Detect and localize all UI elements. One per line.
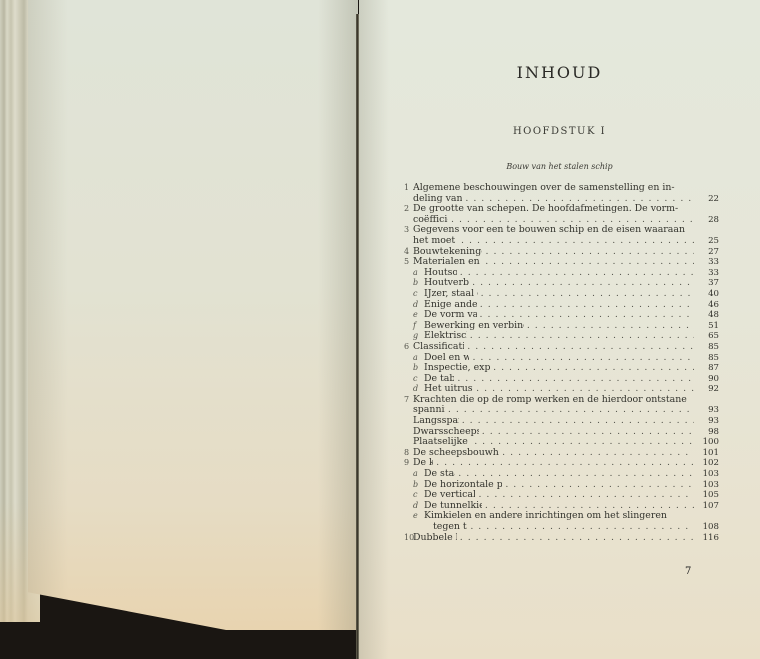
toc-entry-page: 33 xyxy=(697,268,719,279)
toc-entry-title: De tabellen xyxy=(424,374,454,385)
toc-entry-title: tegen te gaan xyxy=(433,522,467,533)
toc-entry-letter: b xyxy=(413,363,424,374)
toc-entry: gElektrisch lassen65 xyxy=(404,331,719,342)
toc-entry-letter: b xyxy=(413,480,424,491)
toc-entry-letter: e xyxy=(413,310,424,321)
dot-leader xyxy=(485,501,694,512)
toc-entry: bInspectie, expertise of survey87 xyxy=(404,363,719,374)
dot-leader xyxy=(465,194,694,205)
toc-entry-page: 105 xyxy=(697,490,719,501)
dot-leader xyxy=(527,321,694,332)
dot-leader xyxy=(472,353,694,364)
toc-entry-page: 25 xyxy=(697,236,719,247)
toc-entry-title: De vorm van het staal xyxy=(424,310,477,321)
toc-entry: aDoel en werkwijze85 xyxy=(404,353,719,364)
toc-entry-title: De horizontale plaatkiel of platte kiel xyxy=(424,480,502,491)
toc-entry-title: deling van de romp xyxy=(413,194,462,205)
toc-entry-page: 92 xyxy=(697,384,719,395)
dot-leader xyxy=(474,437,694,448)
toc-entry-number: 2 xyxy=(404,204,413,215)
dot-leader xyxy=(458,469,694,480)
dot-leader xyxy=(485,247,694,258)
toc-entry-title: Bewerking en verbinding van de stalen ve… xyxy=(424,321,524,332)
toc-entry-letter: d xyxy=(413,501,424,512)
toc-entry-title: De kiel xyxy=(413,458,433,469)
toc-entry-number: 4 xyxy=(404,247,413,258)
toc-entry: dEnige andere metalen46 xyxy=(404,300,719,311)
toc-entry-title: Algemene beschouwingen over de samenstel… xyxy=(413,183,675,194)
toc-entry-title: coëfficiënten xyxy=(413,215,448,226)
toc-entry-title: De grootte van schepen. De hoofdafmeting… xyxy=(413,204,678,215)
toc-entry-title: Krachten die op de romp werken en de hie… xyxy=(413,395,687,406)
toc-entry: 8De scheepsbouwhelling en het bouwdok101 xyxy=(404,448,719,459)
toc-entry-title: Het uitrustingsgetal xyxy=(424,384,473,395)
toc-entry-title: Classificatiebureaus xyxy=(413,342,464,353)
toc-entry-number: 9 xyxy=(404,458,413,469)
dot-leader xyxy=(481,289,694,300)
toc-entry-page: 108 xyxy=(697,522,719,533)
toc-entry-title: Houtsoorten xyxy=(424,268,457,279)
dot-leader xyxy=(478,490,694,501)
toc-entry-letter: f xyxy=(413,321,424,332)
dot-leader xyxy=(493,363,694,374)
toc-entry-page: 100 xyxy=(697,437,719,448)
toc-entry-page: 27 xyxy=(697,247,719,258)
toc-entry-title: Dubbele bodems xyxy=(413,533,457,544)
toc-entry: het moet voldoen25 xyxy=(404,236,719,247)
table-of-contents: 1Algemene beschouwingen over de samenste… xyxy=(404,183,719,543)
toc-entry-letter: a xyxy=(413,469,424,480)
toc-entry-title: Plaatselijke spanningen xyxy=(413,437,471,448)
toc-entry: aDe staafkiel103 xyxy=(404,469,719,480)
toc-entry: Plaatselijke spanningen100 xyxy=(404,437,719,448)
toc-entry-title: IJzer, staal en gietijzer xyxy=(424,289,478,300)
dot-leader xyxy=(505,480,694,491)
toc-entry: cDe tabellen90 xyxy=(404,374,719,385)
toc-entry: 10Dubbele bodems116 xyxy=(404,533,719,544)
toc-entry-title: Inspectie, expertise of survey xyxy=(424,363,490,374)
left-page-blank xyxy=(28,0,358,630)
toc-entry-page: 65 xyxy=(697,331,719,342)
toc-entry-page: 46 xyxy=(697,300,719,311)
toc-entry-letter: d xyxy=(413,300,424,311)
toc-entry: 3Gegevens voor een te bouwen schip en de… xyxy=(404,225,719,236)
toc-entry-page: 90 xyxy=(697,374,719,385)
toc-entry-number: 7 xyxy=(404,395,413,406)
toc-entry: dHet uitrustingsgetal92 xyxy=(404,384,719,395)
toc-entry-title: Elektrisch lassen xyxy=(424,331,467,342)
toc-entry-title: De verticale kielplaat xyxy=(424,490,475,501)
dot-leader xyxy=(470,331,694,342)
toc-entry-title: Doel en werkwijze xyxy=(424,353,469,364)
toc-entry: eDe vorm van het staal48 xyxy=(404,310,719,321)
toc-entry-page: 103 xyxy=(697,469,719,480)
toc-entry-letter: d xyxy=(413,384,424,395)
toc-entry-title: Dwarsscheepse spanningen xyxy=(413,427,479,438)
book-spread: INHOUD HOOFDSTUK I Bouw van het stalen s… xyxy=(0,0,760,659)
toc-entry-page: 102 xyxy=(697,458,719,469)
dot-leader xyxy=(460,268,694,279)
toc-entry: 6Classificatiebureaus85 xyxy=(404,342,719,353)
toc-entry-page: 93 xyxy=(697,416,719,427)
toc-entry-title: Gegevens voor een te bouwen schip en de … xyxy=(413,225,685,236)
toc-entry-letter: a xyxy=(413,353,424,364)
toc-entry-letter: g xyxy=(413,331,424,342)
toc-entry-letter: a xyxy=(413,268,424,279)
toc-entry-number: 8 xyxy=(404,448,413,459)
dot-leader xyxy=(476,384,694,395)
right-page: INHOUD HOOFDSTUK I Bouw van het stalen s… xyxy=(359,0,760,659)
toc-entry-page: 51 xyxy=(697,321,719,332)
dot-leader xyxy=(436,458,694,469)
toc-entry: 5Materialen en hun bewerking33 xyxy=(404,257,719,268)
toc-entry: coëfficiënten28 xyxy=(404,215,719,226)
toc-entry: dDe tunnelkiel (duct keel)107 xyxy=(404,501,719,512)
dot-leader xyxy=(467,342,694,353)
toc-entry-title: De tunnelkiel (duct keel) xyxy=(424,501,482,512)
toc-entry-page: 93 xyxy=(697,405,719,416)
toc-entry-page: 101 xyxy=(697,448,719,459)
dot-leader xyxy=(472,278,694,289)
toc-entry-number: 3 xyxy=(404,225,413,236)
toc-entry-number: 1 xyxy=(404,183,413,194)
toc-entry-title: Kimkielen en andere inrichtingen om het … xyxy=(424,511,667,522)
toc-entry: spanningen93 xyxy=(404,405,719,416)
dot-leader xyxy=(502,448,694,459)
toc-entry-letter: c xyxy=(413,374,424,385)
dot-leader xyxy=(451,215,694,226)
dot-leader xyxy=(480,300,694,311)
chapter-heading: HOOFDSTUK I xyxy=(359,126,760,137)
toc-entry: cIJzer, staal en gietijzer40 xyxy=(404,289,719,300)
dot-leader xyxy=(457,374,694,385)
toc-entry: Langsspanningen93 xyxy=(404,416,719,427)
dot-leader xyxy=(480,310,694,321)
toc-entry-title: het moet voldoen xyxy=(413,236,458,247)
toc-entry-title: Houtverbindingen xyxy=(424,278,469,289)
toc-entry-title: Langsspanningen xyxy=(413,416,459,427)
toc-entry-page: 28 xyxy=(697,215,719,226)
dot-leader xyxy=(482,427,694,438)
page-title: INHOUD xyxy=(359,63,760,82)
toc-entry-title: De staafkiel xyxy=(424,469,455,480)
dot-leader xyxy=(460,533,694,544)
toc-entry-letter: c xyxy=(413,289,424,300)
toc-entry-title: Bouwtekeningen van schepen xyxy=(413,247,482,258)
toc-entry-letter: b xyxy=(413,278,424,289)
toc-entry-page: 85 xyxy=(697,353,719,364)
toc-entry: 9De kiel102 xyxy=(404,458,719,469)
toc-entry-letter: c xyxy=(413,490,424,501)
toc-entry-page: 40 xyxy=(697,289,719,300)
toc-entry: fBewerking en verbinding van de stalen v… xyxy=(404,321,719,332)
dot-leader xyxy=(485,257,694,268)
toc-entry: Dwarsscheepse spanningen98 xyxy=(404,427,719,438)
toc-entry-number: 5 xyxy=(404,257,413,268)
toc-entry-page: 37 xyxy=(697,278,719,289)
toc-entry-title: De scheepsbouwhelling en het bouwdok xyxy=(413,448,499,459)
toc-entry: tegen te gaan108 xyxy=(404,522,719,533)
dot-leader xyxy=(470,522,694,533)
dot-leader xyxy=(448,405,694,416)
toc-entry-title: Enige andere metalen xyxy=(424,300,477,311)
toc-entry: 1Algemene beschouwingen over de samenste… xyxy=(404,183,719,194)
toc-entry: eKimkielen en andere inrichtingen om het… xyxy=(404,511,719,522)
toc-entry-number: 10 xyxy=(404,533,413,544)
toc-entry-page: 85 xyxy=(697,342,719,353)
toc-entry: 4Bouwtekeningen van schepen27 xyxy=(404,247,719,258)
toc-entry-page: 98 xyxy=(697,427,719,438)
toc-entry-number: 6 xyxy=(404,342,413,353)
toc-entry: bDe horizontale plaatkiel of platte kiel… xyxy=(404,480,719,491)
page-number: 7 xyxy=(685,566,691,577)
toc-entry: 7Krachten die op de romp werken en de hi… xyxy=(404,395,719,406)
dot-leader xyxy=(461,236,694,247)
toc-entry-page: 116 xyxy=(697,533,719,544)
toc-entry: bHoutverbindingen37 xyxy=(404,278,719,289)
toc-entry: aHoutsoorten33 xyxy=(404,268,719,279)
toc-entry-letter: e xyxy=(413,511,424,522)
toc-entry: deling van de romp22 xyxy=(404,194,719,205)
toc-entry-page: 107 xyxy=(697,501,719,512)
toc-entry: cDe verticale kielplaat105 xyxy=(404,490,719,501)
toc-entry-page: 22 xyxy=(697,194,719,205)
toc-entry-page: 48 xyxy=(697,310,719,321)
chapter-subtitle: Bouw van het stalen schip xyxy=(359,162,760,171)
toc-entry-page: 33 xyxy=(697,257,719,268)
toc-entry-page: 103 xyxy=(697,480,719,491)
dot-leader xyxy=(462,416,694,427)
toc-entry-title: spanningen xyxy=(413,405,445,416)
toc-entry: 2De grootte van schepen. De hoofdafmetin… xyxy=(404,204,719,215)
toc-entry-title: Materialen en hun bewerking xyxy=(413,257,482,268)
toc-entry-page: 87 xyxy=(697,363,719,374)
